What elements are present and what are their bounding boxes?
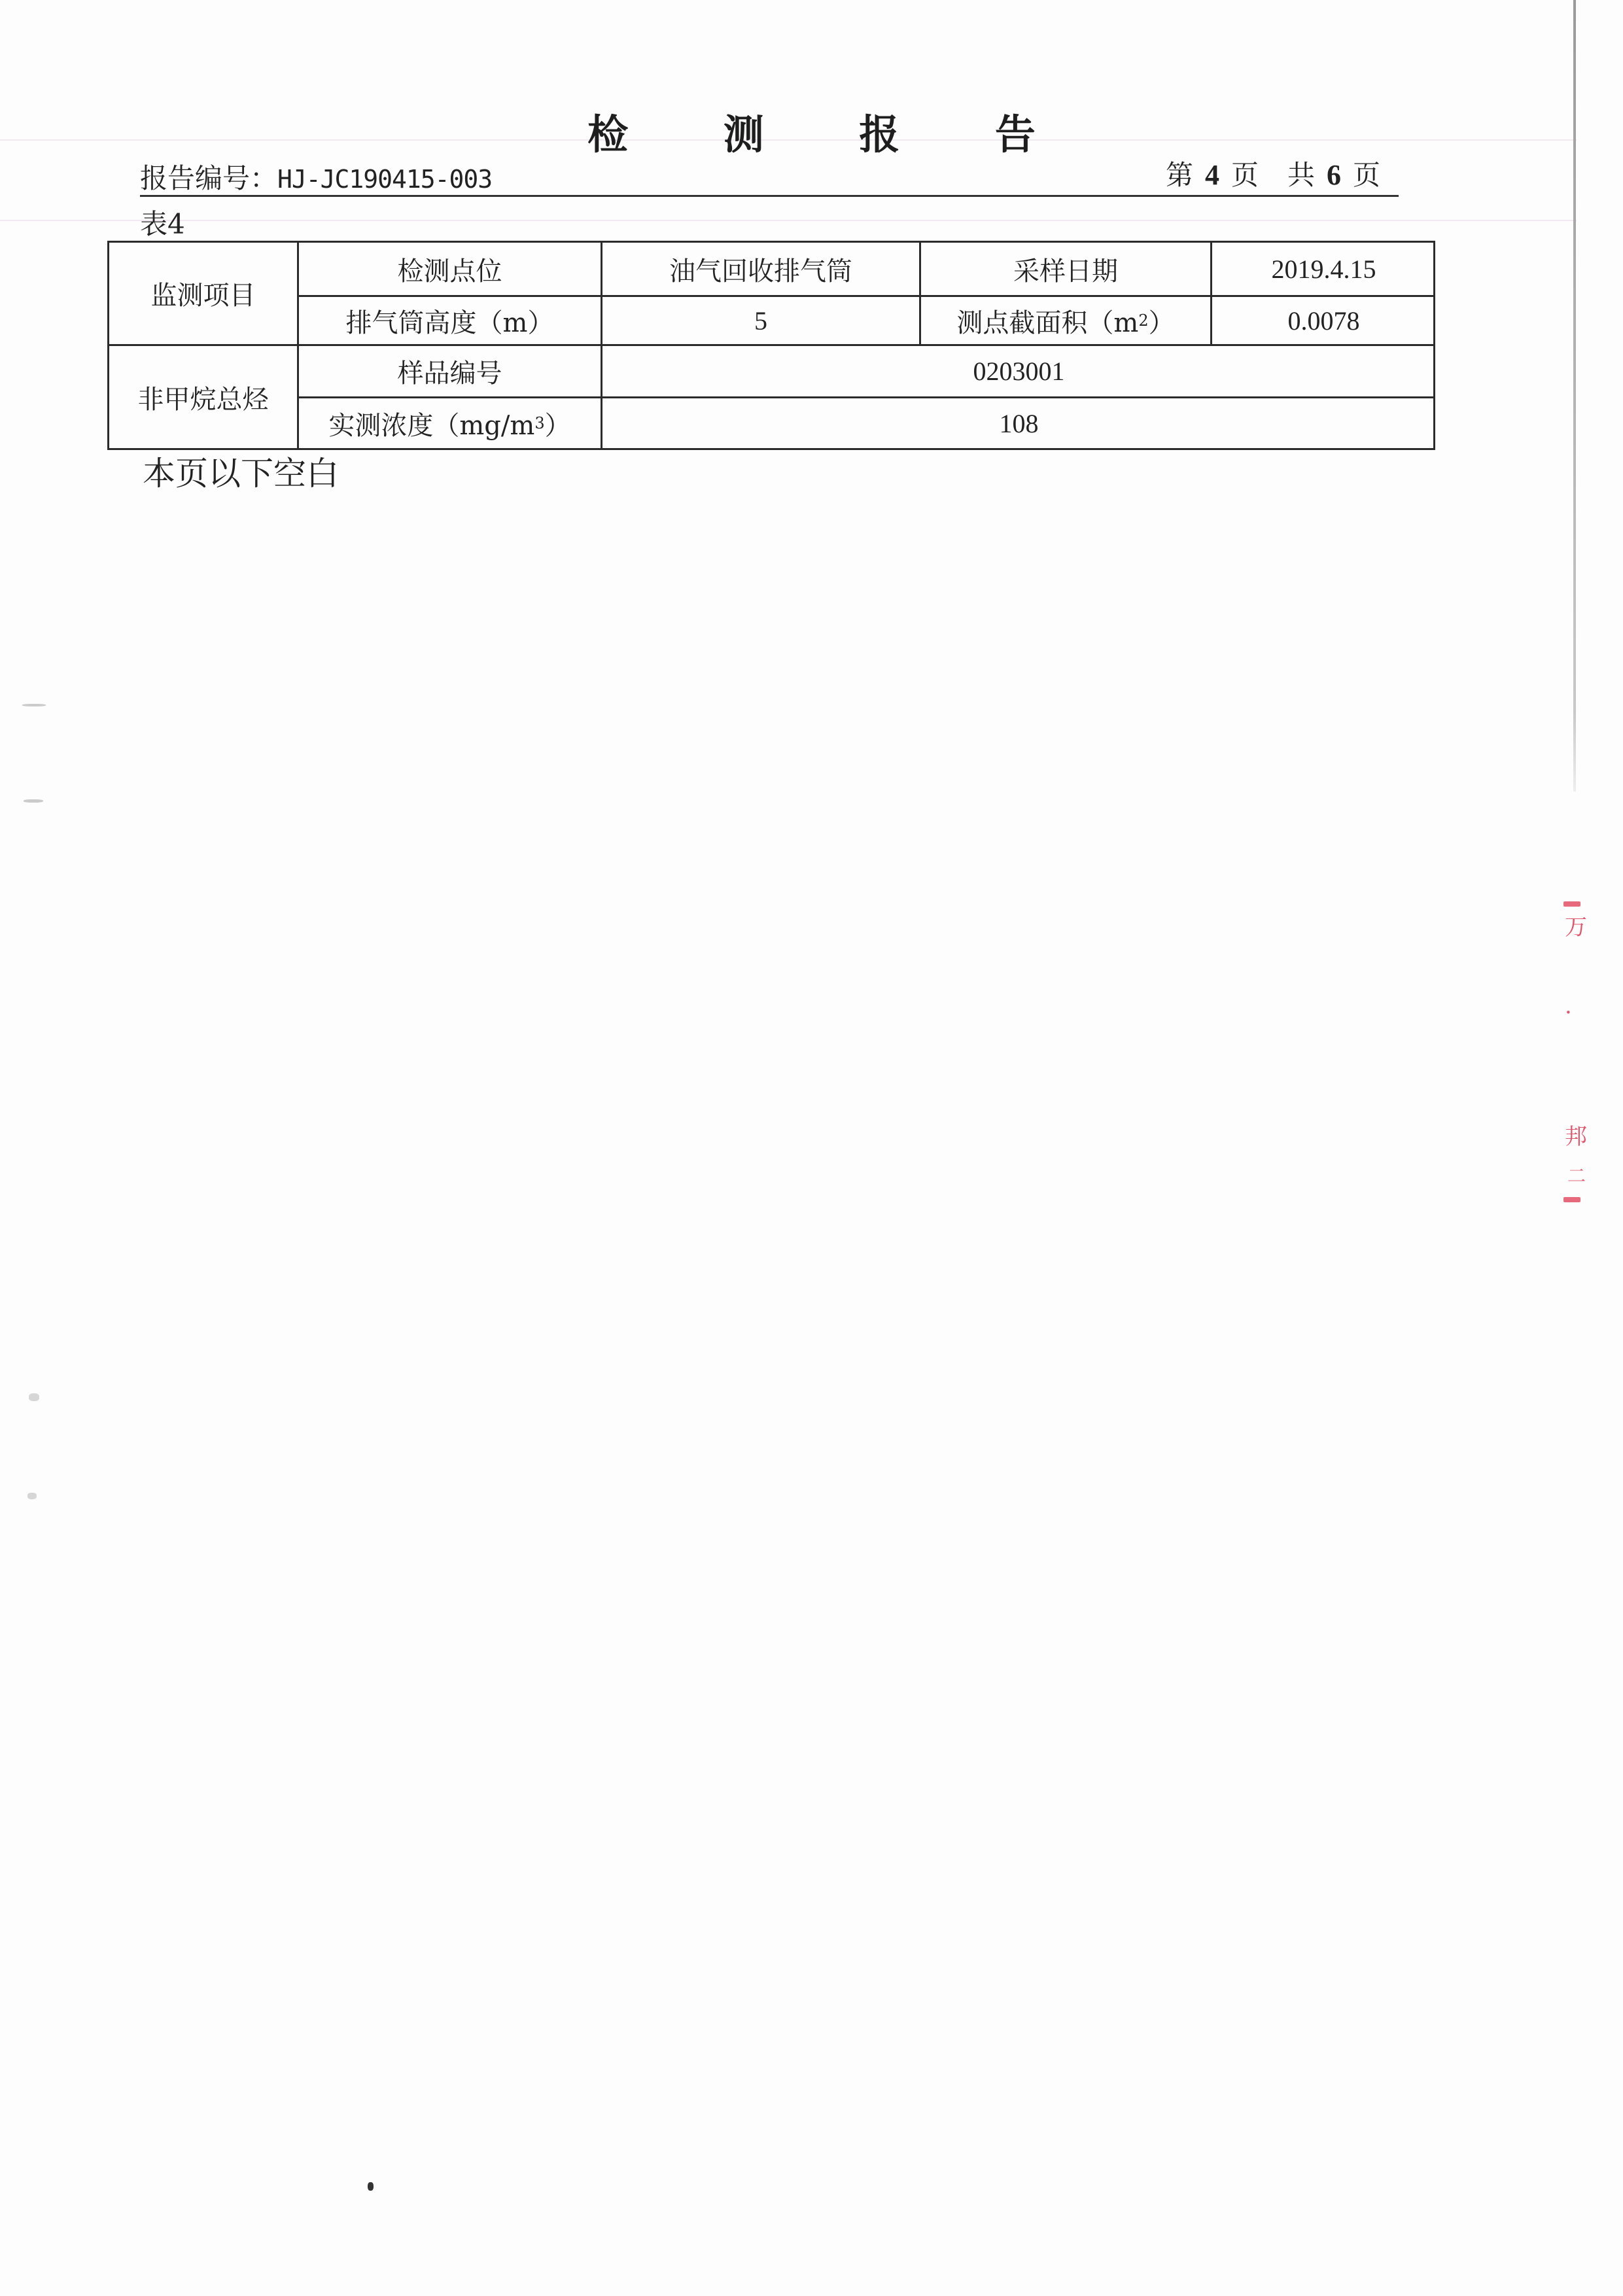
scan-speck (27, 1493, 37, 1499)
label-sampling-date: 采样日期 (921, 243, 1210, 295)
seal-char: 邦 (1565, 1124, 1582, 1150)
report-number: 报告编号：HJ-JC190415-003 (140, 160, 492, 198)
label-sample-number: 样品编号 (299, 346, 601, 396)
seal-char: 万 (1565, 914, 1582, 941)
monitoring-table: 监测项目 非甲烷总烃 检测点位 油气回收排气筒 采样日期 2019.4.15 排… (107, 241, 1435, 450)
value-sampling-point: 油气回收排气筒 (602, 243, 919, 295)
seal-char: 二 (1567, 1163, 1584, 1189)
label-concentration-end: ） (545, 405, 571, 442)
label-cross-section-text: 测点截面积（m (956, 302, 1138, 339)
page-word: 页 (1231, 159, 1259, 191)
page-prefix: 第 (1166, 159, 1193, 191)
page-suffix: 页 (1353, 159, 1380, 191)
value-sampling-date: 2019.4.15 (1212, 243, 1435, 295)
value-stack-height: 5 (602, 297, 919, 344)
scan-artifact-line (0, 220, 1577, 221)
value-sample-number: 0203001 (602, 346, 1435, 396)
label-cross-section-area: 测点截面积（m2） (921, 297, 1210, 344)
header-divider (140, 195, 1399, 197)
label-stack-height: 排气筒高度（m） (299, 297, 601, 344)
current-page: 4 (1205, 159, 1219, 191)
total-pages: 6 (1327, 159, 1341, 191)
report-number-label: 报告编号： (140, 162, 277, 194)
label-measured-concentration: 实测浓度（mg/m3） (299, 398, 601, 448)
seal-char: · (1565, 1000, 1582, 1026)
scan-speck (368, 2182, 374, 2191)
scan-speck (22, 704, 46, 706)
label-sampling-point: 检测点位 (299, 243, 601, 295)
blank-below-note: 本页以下空白 (143, 454, 339, 493)
document-title: 检 测 报 告 (0, 109, 1623, 161)
value-cross-section-area: 0.0078 (1212, 297, 1435, 344)
total-prefix: 共 (1287, 159, 1315, 191)
label-cross-section-end: ） (1149, 302, 1175, 339)
label-concentration-text: 实测浓度（mg/m (328, 405, 534, 442)
table-caption: 表4 (140, 208, 185, 241)
group-label-nmhc: 非甲烷总烃 (109, 346, 297, 448)
seal-stamp-fragment: 万 · 邦 二 (1561, 901, 1587, 1209)
group-label-monitoring-item: 监测项目 (109, 243, 297, 344)
report-number-value: HJ-JC190415-003 (277, 165, 492, 194)
page-indicator: 第4页共6页 (1166, 157, 1380, 194)
scan-speck (24, 799, 43, 803)
value-measured-concentration: 108 (602, 398, 1435, 448)
scan-speck (29, 1393, 39, 1401)
